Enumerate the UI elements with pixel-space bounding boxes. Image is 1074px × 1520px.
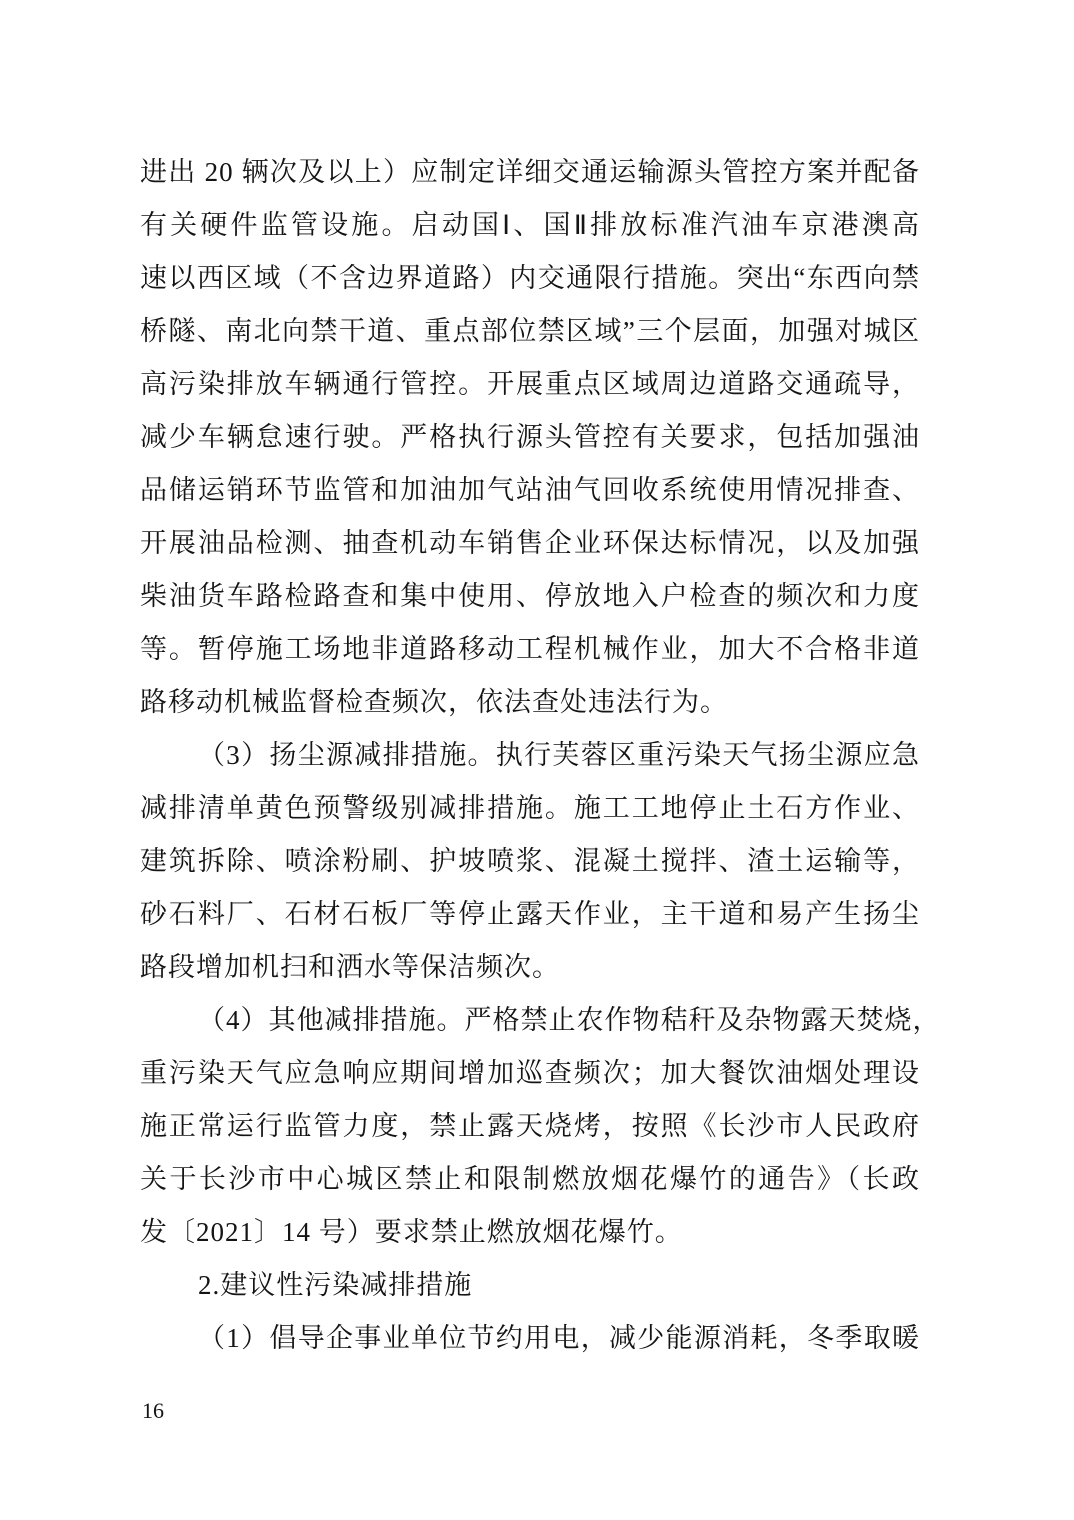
text-line: 开展油品检测、抽查机动车销售企业环保达标情况，以及加强 [140, 517, 920, 570]
text-line-paragraph-start: （1）倡导企事业单位节约用电，减少能源消耗，冬季取暖 [140, 1312, 920, 1365]
text-line-paragraph-start: （3）扬尘源减排措施。执行芙蓉区重污染天气扬尘源应急 [140, 729, 920, 782]
text-line: 桥隧、南北向禁干道、重点部位禁区域”三个层面，加强对城区 [140, 305, 920, 358]
text-line: 施正常运行监管力度，禁止露天烧烤，按照《长沙市人民政府 [140, 1100, 920, 1153]
text-line: 砂石料厂、石材石板厂等停止露天作业，主干道和易产生扬尘 [140, 888, 920, 941]
text-line: 路段增加机扫和洒水等保洁频次。 [140, 941, 920, 994]
text-line: 关于长沙市中心城区禁止和限制燃放烟花爆竹的通告》（长政 [140, 1153, 920, 1206]
text-line: 重污染天气应急响应期间增加巡查频次；加大餐饮油烟处理设 [140, 1047, 920, 1100]
page-number: 16 [142, 1398, 164, 1424]
text-line: 减少车辆怠速行驶。严格执行源头管控有关要求，包括加强油 [140, 411, 920, 464]
text-line: 品储运销环节监管和加油加气站油气回收系统使用情况排查、 [140, 464, 920, 517]
text-line: 高污染排放车辆通行管控。开展重点区域周边道路交通疏导， [140, 358, 920, 411]
text-line: 速以西区域（不含边界道路）内交通限行措施。突出“东西向禁 [140, 252, 920, 305]
text-line-heading: 2.建议性污染减排措施 [140, 1259, 920, 1312]
text-line: 有关硬件监管设施。启动国Ⅰ、国Ⅱ排放标准汽油车京港澳高 [140, 199, 920, 252]
text-line: 建筑拆除、喷涂粉刷、护坡喷浆、混凝土搅拌、渣土运输等， [140, 835, 920, 888]
text-line: 柴油货车路检路查和集中使用、停放地入户检查的频次和力度 [140, 570, 920, 623]
text-line: 等。暂停施工场地非道路移动工程机械作业，加大不合格非道 [140, 623, 920, 676]
text-line: 路移动机械监督检查频次，依法查处违法行为。 [140, 676, 920, 729]
text-line: 减排清单黄色预警级别减排措施。施工工地停止土石方作业、 [140, 782, 920, 835]
document-body: 进出 20 辆次及以上）应制定详细交通运输源头管控方案并配备 有关硬件监管设施。… [140, 146, 920, 1365]
document-page: 进出 20 辆次及以上）应制定详细交通运输源头管控方案并配备 有关硬件监管设施。… [0, 0, 1074, 1520]
text-line: 进出 20 辆次及以上）应制定详细交通运输源头管控方案并配备 [140, 146, 920, 199]
text-line-paragraph-start: （4）其他减排措施。严格禁止农作物秸秆及杂物露天焚烧， [140, 994, 920, 1047]
text-line: 发〔2021〕14 号）要求禁止燃放烟花爆竹。 [140, 1206, 920, 1259]
